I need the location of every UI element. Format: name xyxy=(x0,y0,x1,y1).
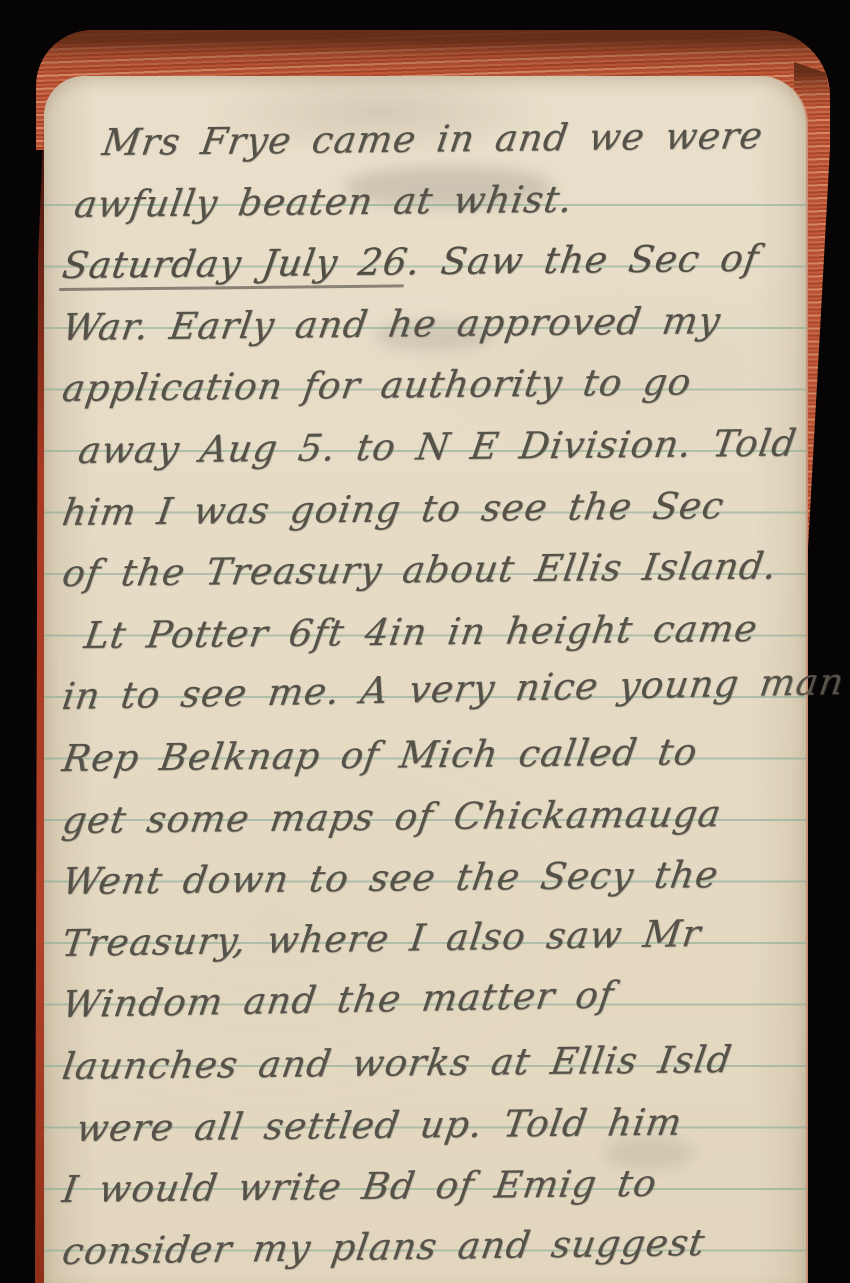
handwriting-line: in to see me. A very nice young man xyxy=(58,652,809,728)
handwriting-line: Rep Belknap of Mich called to xyxy=(58,720,808,789)
journal-entry: Mrs Frye came in and we wereawfully beat… xyxy=(44,112,800,1282)
handwriting-line: Saturday July 26. Saw the Sec of xyxy=(58,227,808,296)
handwriting-line: Windom and the matter of xyxy=(58,961,809,1035)
handwriting-line: I would write Bd of Emig to xyxy=(58,1151,808,1220)
handwriting-line: application for authority to go xyxy=(58,351,808,420)
diary-photo: { "notebook": { "colors": { "background"… xyxy=(0,0,850,1283)
diary-page: Mrs Frye came in and we wereawfully beat… xyxy=(44,76,808,1283)
handwriting-line: War. Early and he approved my xyxy=(58,289,808,358)
handwriting-line: him I was going to see the Sec xyxy=(58,474,808,543)
handwriting-line: Mrs Frye came in and we were xyxy=(98,105,808,174)
date-heading-underlined: Saturday July 26 xyxy=(59,241,411,292)
handwriting-line: get some maps of Chickamauga xyxy=(58,782,808,851)
handwriting-line: of the Treasury about Ellis Island. xyxy=(58,535,808,604)
handwriting-line: launches and works at Ellis Isld xyxy=(58,1028,808,1097)
handwriting-line: were all settled up. Told him xyxy=(72,1090,808,1159)
photo-background: Mrs Frye came in and we wereawfully beat… xyxy=(0,0,850,1283)
handwriting-line: awfully beaten at whist. xyxy=(70,166,808,235)
handwriting-line: away Aug 5. to N E Division. Told xyxy=(74,412,808,481)
handwriting-line: consider my plans and suggest xyxy=(58,1210,808,1282)
